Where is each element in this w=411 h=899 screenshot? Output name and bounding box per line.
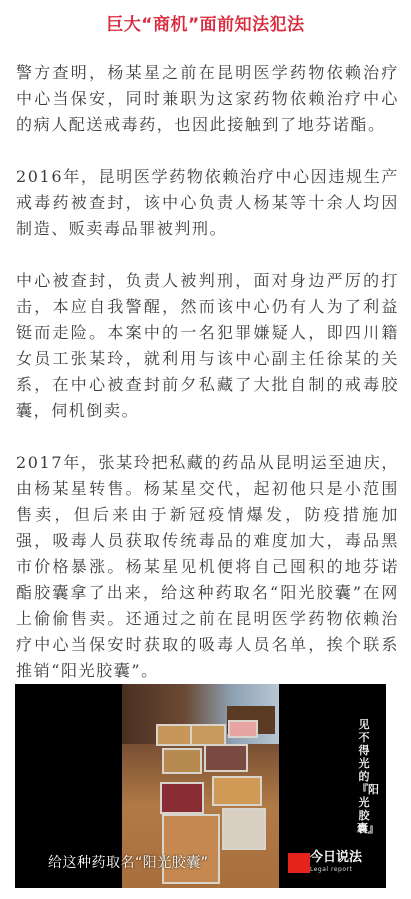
photo-box — [222, 808, 266, 850]
article-title: 巨大“商机”面前知法犯法 — [0, 12, 411, 38]
paragraph-1: 警方查明，杨某星之前在昆明医学药物依赖治疗中心当保安，同时兼职为这家药物依赖治疗… — [16, 60, 399, 138]
photo-box — [156, 724, 192, 746]
article-body: 警方查明，杨某星之前在昆明医学药物依赖治疗中心当保安，同时兼职为这家药物依赖治疗… — [16, 60, 399, 710]
side-title: 见不得光的『阳光胶囊』 — [357, 718, 371, 835]
photo-box — [190, 724, 226, 746]
video-frame[interactable]: 见不得光的『阳光胶囊』 给这种药取名“阳光胶囊” 今日说法 Legal repo… — [15, 684, 386, 888]
photo-box — [160, 782, 204, 814]
logo-icon — [288, 853, 310, 873]
channel-logo: 今日说法 Legal report — [288, 850, 378, 878]
photo-box — [228, 720, 258, 738]
logo-subtitle: Legal report — [310, 866, 352, 874]
photo-box — [162, 748, 202, 774]
video-caption: 给这种药取名“阳光胶囊” — [48, 854, 209, 872]
photo-box — [204, 744, 248, 772]
paragraph-4: 2017年，张某玲把私藏的药品从昆明运至迪庆，由杨某星转售。杨某星交代，起初他只… — [16, 450, 399, 684]
paragraph-3: 中心被查封，负责人被判刑，面对身边严厉的打击，本应自我警醒，然而该中心仍有人为了… — [16, 268, 399, 424]
logo-name: 今日说法 — [310, 850, 362, 866]
photo-box — [162, 814, 220, 884]
photo-box — [212, 776, 262, 806]
paragraph-2: 2016年，昆明医学药物依赖治疗中心因违规生产戒毒药被查封，该中心负责人杨某等十… — [16, 164, 399, 242]
